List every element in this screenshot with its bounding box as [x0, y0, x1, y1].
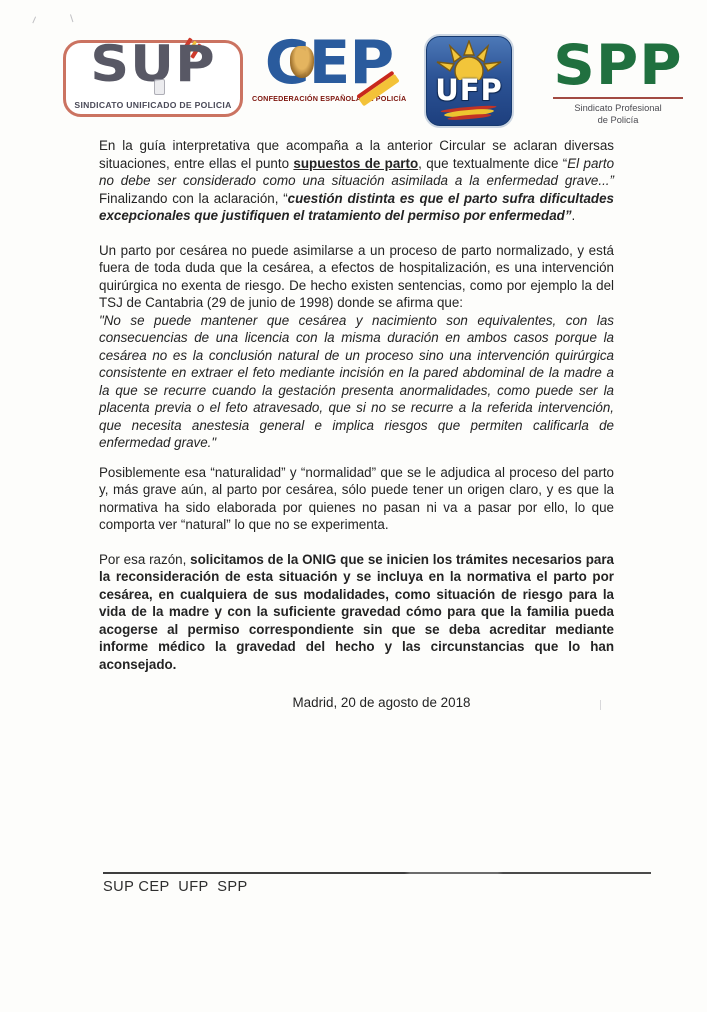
- cep-crest-icon: [290, 46, 314, 78]
- ufp-logo: UFP: [424, 34, 514, 128]
- spp-divider: [553, 97, 683, 99]
- footer-orgs: SUP CEP UFP SPP: [103, 879, 248, 895]
- sup-crest-icon: [154, 79, 165, 95]
- sup-subtitle: SINDICATO UNIFICADO DE POLICIA: [66, 100, 240, 110]
- paragraph: Por esa razón, solicitamos de la ONIG qu…: [99, 551, 614, 674]
- letter-paragraphs: En la guía interpretativa que acompaña a…: [99, 137, 614, 673]
- dateline: Madrid, 20 de agosto de 2018: [99, 694, 614, 712]
- spp-subtitle-line1: Sindicato Profesional: [574, 103, 661, 113]
- document-body: En la guía interpretativa que acompaña a…: [99, 137, 614, 712]
- spain-flag-wave-icon: [441, 105, 498, 122]
- sup-logo: SUP SINDICATO UNIFICADO DE POLICIA: [63, 40, 243, 117]
- sup-acronym: SUP: [59, 39, 247, 89]
- spp-subtitle-line2: de Policía: [598, 115, 639, 125]
- spp-acronym: SPP: [534, 38, 702, 93]
- paragraph: Posiblemente esa “naturalidad” y “normal…: [99, 464, 614, 534]
- ufp-acronym: UFP: [426, 76, 512, 105]
- scanned-letter-page: SUP SINDICATO UNIFICADO DE POLICIA CEP C…: [0, 0, 707, 1012]
- paragraph: Un parto por cesárea no puede asimilarse…: [99, 242, 614, 312]
- logo-header: SUP SINDICATO UNIFICADO DE POLICIA CEP C…: [0, 0, 707, 135]
- spp-subtitle: Sindicato Profesional de Policía: [538, 102, 698, 126]
- paragraph: "No se puede mantener que cesárea y naci…: [99, 312, 614, 452]
- footer-rule: [103, 872, 651, 874]
- paragraph: En la guía interpretativa que acompaña a…: [99, 137, 614, 225]
- spp-logo: SPP Sindicato Profesional de Policía: [538, 38, 698, 128]
- cep-logo: CEP CONFEDERACIÓN ESPAÑOLA DE POLICÍA: [252, 34, 406, 126]
